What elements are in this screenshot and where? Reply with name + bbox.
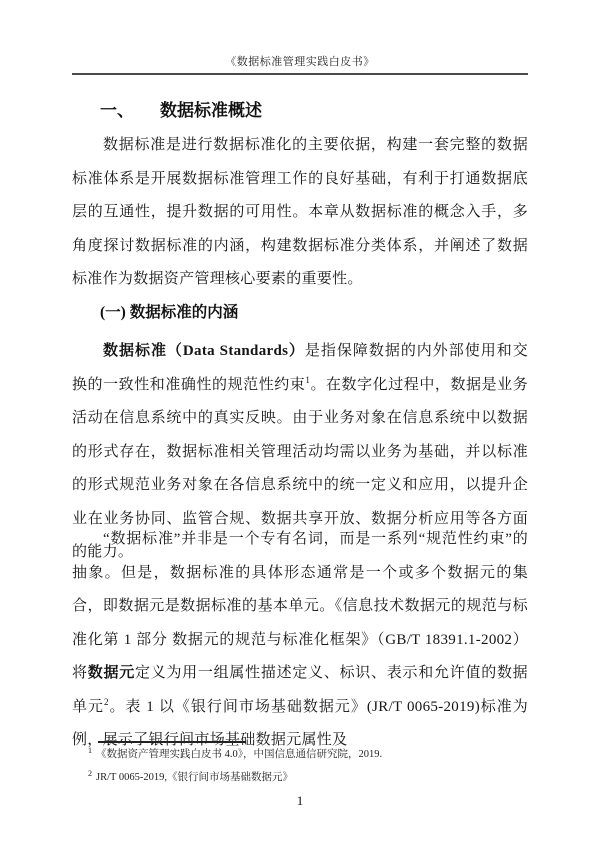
footnote-marker: 2	[88, 769, 92, 778]
document-page: 《数据标准管理实践白皮书》 一、数据标准概述 数据标准是进行数据标准化的主要依据…	[0, 0, 600, 848]
section-number: 一、	[100, 101, 134, 121]
section-title: 数据标准概述	[160, 101, 262, 121]
paragraph-intro: 数据标准是进行数据标准化的主要依据，构建一套完整的数据标准体系是开展数据标准管理…	[72, 129, 528, 297]
footnote-text: JR/T 0065-2019,《银行间市场基础数据元》	[96, 772, 293, 783]
footnote-marker: 1	[88, 746, 92, 755]
text-run: 数据标准是进行数据标准化的主要依据，构建一套完整的数据标准体系是开展数据标准管理…	[72, 137, 528, 287]
header-title: 《数据标准管理实践白皮书》	[225, 56, 375, 68]
paragraph-data-element: “数据标准”并非是一个专有名词，而是一系列“规范性约束”的抽象。但是，数据标准的…	[72, 523, 528, 758]
page-header: 《数据标准管理实践白皮书》	[72, 53, 528, 75]
footnote: 1《数据资产管理实践白皮书 4.0》，中国信息通信研究院，2019.	[88, 748, 528, 762]
page-number: 1	[0, 793, 600, 809]
bold-run: 数据标准（Data Standards）	[103, 343, 305, 359]
subsection-heading: (一) 数据标准的内涵	[100, 300, 238, 322]
footnote-text: 《数据资产管理实践白皮书 4.0》，中国信息通信研究院，2019.	[96, 749, 382, 760]
footnotes-section: 1《数据资产管理实践白皮书 4.0》，中国信息通信研究院，2019. 2JR/T…	[88, 748, 528, 794]
text-run: “数据标准”并非是一个专有名词，而是一系列“规范性约束”的抽象。但是，数据标准的…	[72, 531, 528, 681]
footnote: 2JR/T 0065-2019,《银行间市场基础数据元》	[88, 771, 528, 785]
bold-run: 数据元	[88, 665, 135, 681]
section-heading: 一、数据标准概述	[100, 96, 262, 121]
footnote-divider	[98, 741, 246, 743]
